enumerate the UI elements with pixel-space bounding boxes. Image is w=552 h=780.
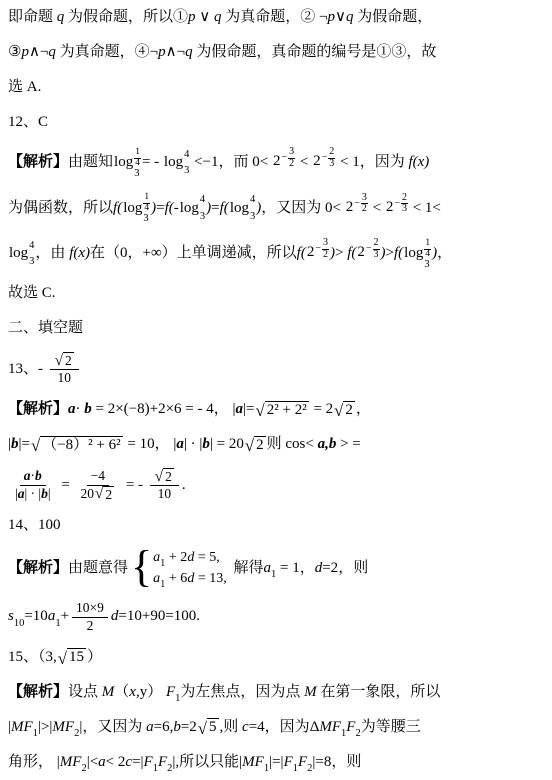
math-run: M xyxy=(102,683,115,703)
math-run: |=| xyxy=(269,753,283,773)
math-run: b xyxy=(41,486,48,503)
math-run: p xyxy=(21,43,29,63)
math-run: q xyxy=(57,8,65,28)
radical-icon: √ xyxy=(155,470,163,485)
doc-line: 故选 C. xyxy=(8,282,548,306)
log-expr: log143 xyxy=(114,146,141,180)
radical-icon: √ xyxy=(256,402,265,419)
math-sub: F2 xyxy=(346,718,360,738)
radical-icon: √ xyxy=(95,487,103,502)
doc-line: 角形， |MF2|<a< 2c=|F1F2|,所以只能|MF1|=|F1F2|=… xyxy=(8,751,548,775)
math-run: c xyxy=(242,718,249,738)
math-run: y xyxy=(140,683,148,703)
text-run: ） xyxy=(147,683,166,703)
text-run: ③ xyxy=(8,43,21,63)
sqrt-expr: √2 xyxy=(155,468,174,485)
math-run: d xyxy=(187,549,194,567)
math-run: < xyxy=(369,199,385,219)
text-run: 在第一象限，所以 xyxy=(317,683,441,703)
fraction: √210 xyxy=(50,352,79,387)
math-run: |< xyxy=(87,753,98,773)
power-expr: 2−32 xyxy=(307,243,329,265)
mini-fraction: 14 xyxy=(134,148,141,169)
math-run: d xyxy=(315,559,323,579)
math-run: ∧¬ xyxy=(166,43,185,63)
text-run: 由题意得 xyxy=(68,559,128,579)
math-run: ∧¬ xyxy=(29,43,48,63)
math-run: =2 xyxy=(181,718,197,738)
text-run: 为等腰三 xyxy=(361,718,421,738)
math-run: + 2 xyxy=(165,549,187,567)
math-run: q xyxy=(185,43,193,63)
math-run: · xyxy=(76,400,85,420)
math-run: p xyxy=(158,43,166,63)
math-sub: F1 xyxy=(166,683,180,703)
math-run: a xyxy=(98,753,106,773)
math-run: . xyxy=(182,476,186,496)
text-run: 则 xyxy=(267,435,286,455)
radical-icon: √ xyxy=(58,650,67,667)
math-run: ∨ xyxy=(196,8,214,28)
math-run: 20 xyxy=(81,486,95,503)
doc-line: |b|=√（−8）² + 6² = 10， |a| · |b| = 20√2则 … xyxy=(8,433,548,457)
math-run: < xyxy=(296,153,312,173)
doc-line: 14、100 xyxy=(8,514,548,538)
math-run: | · | xyxy=(24,486,41,503)
text-run: ，因为 xyxy=(360,153,409,173)
math-run: | xyxy=(48,486,51,503)
text-run: 角形， xyxy=(8,753,57,773)
doc-line: 12、C xyxy=(8,111,548,135)
text-run: 故选 C. xyxy=(8,284,56,304)
text-run: 二、填空题 xyxy=(8,319,83,339)
math-run: > = xyxy=(336,435,360,455)
math-sub: MF1 xyxy=(11,718,38,738)
log-expr: log43 xyxy=(230,194,255,223)
math-run: a xyxy=(176,435,184,455)
math-run: b xyxy=(11,435,19,455)
math-run: < 1< xyxy=(409,199,441,219)
math-run: | · | xyxy=(184,435,203,455)
text-run: 12、C xyxy=(8,113,48,133)
math-run: 0< xyxy=(325,199,345,219)
math-run: a xyxy=(68,400,76,420)
doc-line: 【解析】a· b = 2×(−8)+2×6 = - 4， |a|=√2² + 2… xyxy=(8,398,548,422)
bold-text-run: 【解析】 xyxy=(8,683,68,703)
equation-row: a1 + 2d = 5, xyxy=(153,549,227,567)
sqrt-expr: √2 xyxy=(245,436,266,455)
text-run: 为真命题，④ xyxy=(56,43,150,63)
mini-fraction: 23 xyxy=(328,147,335,169)
math-run: M xyxy=(304,683,317,703)
text-run: 为偶函数，所以 xyxy=(8,199,113,219)
math-run: <−1 xyxy=(190,153,218,173)
math-run: b xyxy=(202,435,210,455)
math-run: p xyxy=(328,8,336,28)
math-run: d xyxy=(187,570,194,588)
math-run: =6, xyxy=(154,718,174,738)
doc-line: 二、填空题 xyxy=(8,317,548,341)
math-run: d xyxy=(111,607,119,627)
math-sub: F1 xyxy=(284,753,298,773)
math-sub: MF1 xyxy=(242,753,269,773)
mini-fraction: 32 xyxy=(288,147,295,169)
math-sub: F2 xyxy=(298,753,312,773)
math-run: b xyxy=(84,400,92,420)
math-run: |, xyxy=(172,753,179,773)
math-run: + 6 xyxy=(165,570,187,588)
doc-line: |MF1|>|MF2|，又因为 a=6,b=2√5,则 c=4，因为ΔMF1F2… xyxy=(8,716,548,740)
math-run: |=8 xyxy=(312,753,331,773)
radical-icon: √ xyxy=(31,437,40,454)
math-run: a xyxy=(24,468,31,485)
equation-system: {a1 + 2d = 5,a1 + 6d = 13, xyxy=(131,549,227,589)
power-expr: 2−32 xyxy=(273,152,295,174)
text-run: ） xyxy=(87,648,102,668)
text-run: （ xyxy=(114,683,129,703)
math-run: > xyxy=(386,244,394,264)
text-run: 15、（3, xyxy=(8,648,57,668)
doc-line: 即命题 q 为假命题，所以①p ∨ q 为真命题，② ¬p∨q 为假命题， xyxy=(8,6,548,30)
math-sub: F1 xyxy=(144,753,158,773)
math-run: =4 xyxy=(249,718,265,738)
doc-line: 13、- √210 xyxy=(8,352,548,387)
doc-line: 为偶函数，所以f(log143)=f(-log43)=f(log43)，又因为 … xyxy=(8,191,548,225)
text-run: ， xyxy=(214,400,233,420)
power-expr: 2−32 xyxy=(346,198,368,220)
math-run: f(x) xyxy=(408,153,429,173)
math-run: a xyxy=(236,400,244,420)
math-run: p xyxy=(188,8,196,28)
math-run: ¬ xyxy=(150,43,158,63)
text-run: 为假命题，真命题的编号是①③，故 xyxy=(193,43,437,63)
text-run: 为真命题，② xyxy=(222,8,320,28)
math-run: = - xyxy=(122,476,147,496)
fraction: √210 xyxy=(150,468,179,503)
bold-text-run: 【解析】 xyxy=(8,400,68,420)
math-sub: a1 xyxy=(263,559,276,579)
text-run: 为假命题， xyxy=(353,8,432,28)
math-run: =| xyxy=(132,753,143,773)
bold-text-run: 【解析】 xyxy=(8,559,68,579)
math-run: x, xyxy=(129,683,139,703)
text-run: ，因为 xyxy=(265,718,310,738)
text-run: ，由 xyxy=(35,244,69,264)
sqrt-expr: √2 xyxy=(55,352,74,369)
math-run: =10 xyxy=(24,607,47,627)
text-run: 为左焦点，因为点 xyxy=(180,683,304,703)
text-run: ，则 xyxy=(331,753,361,773)
math-run: f( xyxy=(165,199,174,219)
math-sub: F2 xyxy=(158,753,172,773)
bold-text-run: 【解析】 xyxy=(8,153,68,173)
math-run: < 2 xyxy=(106,753,126,773)
math-run: f( xyxy=(220,199,229,219)
math-run: | = 20 xyxy=(210,435,244,455)
equation-row: a1 + 6d = 13, xyxy=(153,570,227,588)
fraction: −420√2 xyxy=(77,468,120,503)
document-page: 即命题 q 为假命题，所以①p ∨ q 为真命题，② ¬p∨q 为假命题，③p∧… xyxy=(0,0,552,775)
math-run: cos< xyxy=(285,435,317,455)
math-sub: a1 xyxy=(153,570,165,588)
text-run: ，又因为 xyxy=(82,718,146,738)
doc-line: 【解析】由题知log143= - log43 <−1，而 0< 2−32 < 2… xyxy=(8,146,548,180)
fraction: a·b|a| · |b| xyxy=(11,468,55,503)
math-run: a xyxy=(18,486,25,503)
radical-icon: √ xyxy=(55,354,63,369)
math-run: ∨ xyxy=(335,8,346,28)
math-run: f( xyxy=(297,244,306,264)
text-run: 为假命题，所以① xyxy=(64,8,188,28)
text-run: 选 A. xyxy=(8,78,41,98)
mini-fraction: 32 xyxy=(322,238,329,260)
mini-fraction: 23 xyxy=(401,193,408,215)
math-run: = xyxy=(211,199,219,219)
text-run: ， xyxy=(155,435,174,455)
brace-icon: { xyxy=(131,547,152,587)
text-run: ，而 xyxy=(219,153,253,173)
mini-fraction: 14 xyxy=(424,239,431,260)
text-run: 则 xyxy=(223,718,242,738)
doc-line: a·b|a| · |b| = −420√2 = - √210. xyxy=(8,468,548,503)
math-sub: s10 xyxy=(8,607,24,627)
math-run: = xyxy=(156,199,164,219)
math-run: q xyxy=(214,8,222,28)
math-run: a xyxy=(146,718,154,738)
log-expr: log43 xyxy=(164,149,189,178)
math-run: f(x) xyxy=(69,244,90,264)
log-expr: log143 xyxy=(404,237,431,271)
text-run: 在（0，+∞）上单调递减，所以 xyxy=(90,244,297,264)
math-run: =2 xyxy=(322,559,338,579)
log-expr: log43 xyxy=(180,194,205,223)
math-run: + xyxy=(61,607,69,627)
math-run: a,b xyxy=(318,435,337,455)
doc-line: 15、（3,√15） xyxy=(8,646,548,670)
math-run: q xyxy=(48,43,56,63)
sqrt-expr: √5 xyxy=(198,718,219,737)
log-expr: log143 xyxy=(123,191,150,225)
math-run: Δ xyxy=(310,718,320,738)
sqrt-expr: √2 xyxy=(95,486,114,503)
text-run: 所以只能 xyxy=(179,753,239,773)
math-run: |>| xyxy=(38,718,52,738)
math-run: |= xyxy=(19,435,30,455)
text-run: ， xyxy=(437,244,452,264)
math-sub: MF1 xyxy=(319,718,346,738)
math-run: f( xyxy=(113,199,122,219)
math-run: =10+90=100. xyxy=(118,607,200,627)
fraction: 10×92 xyxy=(72,600,108,635)
text-run: ， xyxy=(300,559,315,579)
math-sub: a1 xyxy=(153,549,165,567)
math-run: = xyxy=(58,476,74,496)
math-run: < 1 xyxy=(336,153,359,173)
text-run: 解得 xyxy=(230,559,264,579)
mini-fraction: 14 xyxy=(143,193,150,214)
math-run: |= xyxy=(243,400,254,420)
math-run: = - xyxy=(142,153,163,173)
math-run: - xyxy=(174,199,179,219)
text-run: 由题知 xyxy=(68,153,113,173)
document-body: 即命题 q 为假命题，所以①p ∨ q 为真命题，② ¬p∨q 为假命题，③p∧… xyxy=(8,6,548,775)
math-run: = 10 xyxy=(124,435,155,455)
text-run: ， xyxy=(356,400,371,420)
math-run: c xyxy=(125,753,132,773)
math-sub: a1 xyxy=(48,607,61,627)
math-run: f( xyxy=(394,244,403,264)
math-sub: MF2 xyxy=(52,718,79,738)
math-run: = 13, xyxy=(194,570,226,588)
power-expr: 2−23 xyxy=(313,152,335,174)
math-run: b xyxy=(35,468,42,485)
math-run: ¬ xyxy=(319,8,327,28)
doc-line: log43，由 f(x)在（0，+∞）上单调递减，所以f(2−32)> f(2−… xyxy=(8,237,548,271)
math-run: = 5, xyxy=(194,549,219,567)
doc-line: ③p∧¬q 为真命题，④¬p∧¬q 为假命题，真命题的编号是①③，故 xyxy=(8,41,548,65)
sqrt-expr: √（−8）² + 6² xyxy=(31,436,123,455)
radical-icon: √ xyxy=(198,720,207,737)
math-run: = 1 xyxy=(276,559,299,579)
math-run: b xyxy=(173,718,181,738)
text-run: 设点 xyxy=(68,683,102,703)
text-run: 即命题 xyxy=(8,8,57,28)
sqrt-expr: √15 xyxy=(58,648,86,667)
power-expr: 2−23 xyxy=(386,198,408,220)
mini-fraction: 23 xyxy=(373,238,380,260)
mini-fraction: 32 xyxy=(361,193,368,215)
doc-line: 【解析】由题意得{a1 + 2d = 5,a1 + 6d = 13, 解得a1 … xyxy=(8,549,548,589)
text-run: 13、- xyxy=(8,360,47,380)
math-sub: MF2 xyxy=(60,753,87,773)
math-run: > xyxy=(335,244,347,264)
sqrt-expr: √2 xyxy=(334,401,355,420)
log-expr: log43 xyxy=(9,240,34,269)
sqrt-expr: √2² + 2² xyxy=(256,401,309,420)
text-run: 14、100 xyxy=(8,516,61,536)
radical-icon: √ xyxy=(245,437,254,454)
doc-line: s10=10a1+10×92d=10+90=100. xyxy=(8,600,548,635)
math-run: q xyxy=(346,8,354,28)
text-run: ，则 xyxy=(338,559,368,579)
math-run: f( xyxy=(347,244,356,264)
math-run: = 2 xyxy=(310,400,333,420)
math-run: 0< xyxy=(252,153,272,173)
math-run: = 2×(−8)+2×6 = - 4 xyxy=(92,400,214,420)
radical-icon: √ xyxy=(334,402,343,419)
text-run: ，又因为 xyxy=(261,199,325,219)
doc-line: 选 A. xyxy=(8,76,548,100)
power-expr: 2−23 xyxy=(357,243,379,265)
doc-line: 【解析】设点 M（x,y） F1为左焦点，因为点 M 在第一象限，所以 xyxy=(8,681,548,705)
